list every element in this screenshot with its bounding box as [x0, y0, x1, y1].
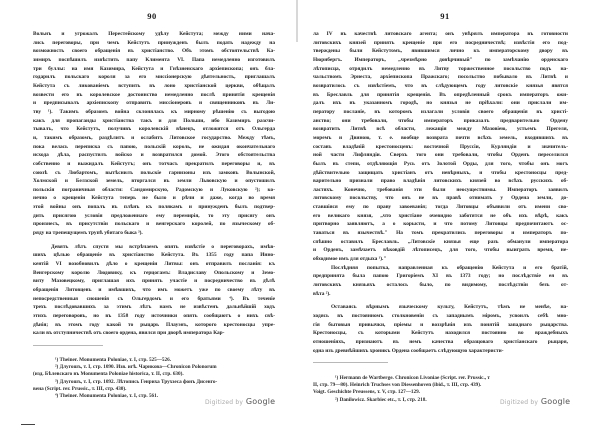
text-line: спѣшно оставилъ Бреславль. „Литовскіе кн… [313, 238, 568, 247]
text-line: и, такимъ образомъ, раздѣлитъ и ослабитъ… [33, 134, 275, 143]
text-line: составъ владѣній крестоносцевъ: восточно… [313, 143, 568, 152]
text-line: обходимое имъ для отдыха ¹)." [313, 255, 568, 264]
text-line: одна изъ древнѣйшихъ хроникъ Ордена сооб… [313, 347, 568, 356]
text-line: возвратить Литвѣ всѣ области, лежащія ме… [313, 125, 568, 134]
watermark-text: Google [246, 397, 275, 406]
text-line: возвратилось съ извѣстіемъ, что въ слѣду… [313, 82, 568, 91]
text-line: этой войны онъ попалъ въ плѣнъ къ поляка… [33, 203, 275, 212]
text-line: ператору посланіе, въ которомъ излагали … [313, 108, 568, 117]
page-number: 91 [430, 11, 460, 21]
text-line: произнесъ, въ присутствіи польскаго и ве… [33, 220, 275, 229]
text-line: тывалъ, что Кейстутъ, получивъ королевск… [33, 125, 275, 134]
text-line: Девять лѣтъ спустя мы встрѣчаемъ опять и… [33, 243, 275, 252]
right-page: 91 ла IV въ качествѣ литовскаго агента; … [300, 0, 600, 430]
footnote: II, стр. 79—80). Heinrich Truchses von D… [313, 382, 568, 389]
text-line: непосредственныя сношенія съ Ольгердомъ … [33, 295, 275, 304]
footnote-divider [313, 362, 388, 363]
text-line: Вольнъ и угрожалъ Перестейскому удѣлу Ке… [33, 30, 275, 39]
watermark-prefix: Digitized by [205, 399, 243, 406]
text-line: обращенія Литовцевъ и имѣвшихъ, что имъ … [33, 286, 275, 295]
footnotes: ¹) Theiner. Monumenta Poloniae, т. I, ст… [33, 357, 275, 400]
text-line: его великаго князя, „что христіане очеви… [313, 212, 568, 221]
text-line: и Орденъ, замѣчаетъ вѣковдій лѣтописецъ,… [313, 246, 568, 255]
text-line: возвести его въ королевское достоинство … [33, 91, 275, 100]
text-line: Нюрнбергъ. Императоръ, „чрезмѣрно довѣрч… [313, 56, 568, 65]
text-line: исхода дѣла, распустилъ войско и возврат… [33, 151, 275, 160]
text-line: дѣйствительно защищать христіанъ отъ нев… [313, 169, 568, 178]
footnote: ¹) Hermann de Wartberge. Chronicon Livon… [313, 375, 568, 382]
text-line: этихъ переговоровъ, но въ 1358 году исто… [33, 312, 275, 321]
text-line: три буллы: на имя Казимира, Кейстута и Г… [33, 65, 275, 74]
text-line: вѣта ²). [313, 290, 568, 299]
body-text: Вольнъ и угрожалъ Перестейскому удѣлу Ке… [33, 30, 275, 338]
text-line: моремъ и Двиною, т. е. вообще возврата п… [313, 134, 568, 143]
text-line: ластяхъ. Конечно, требованія эти были не… [313, 186, 568, 195]
text-line: кали въ отступничествѣ отъ своего ордена… [33, 329, 275, 338]
text-line: варительно признали право владѣнія литов… [313, 177, 568, 186]
page-number: 90 [137, 11, 167, 21]
text-line: далъ ихъ въ указанномъ городѣ, но князья… [313, 99, 568, 108]
scan-mark [21, 424, 35, 425]
text-line: трехъ послѣдовавшихъ за этимъ лѣтъ намъ … [33, 303, 275, 312]
text-line: нечно о крещеніи Кейстута теперь не было… [33, 194, 275, 203]
left-page: 90 Вольнъ и угрожалъ Перестейскому удѣлу… [0, 0, 296, 430]
text-line: польскія пограничныя области: Сандомирск… [33, 186, 275, 195]
text-line: Крестоносцы, съ которыми Кейстутъ находи… [313, 329, 568, 338]
text-line: Холмской и Белзской земель, вторгался въ… [33, 177, 275, 186]
text-line: какъ для пропаганды христіанства такъ и … [33, 117, 275, 126]
text-line: таваться въ язычествѣ." На томъ прекрати… [313, 229, 568, 238]
text-line: ряду на трепещущемъ трупѣ убитаго быка ³… [33, 229, 275, 238]
text-line: анство; они требовали, чтобы императоръ … [313, 117, 568, 126]
text-line: пока велась переписка съ папою, польскій… [33, 143, 275, 152]
text-line: отношеніяхъ, признаютъ въ немъ качества … [313, 338, 568, 347]
text-line: возможность своего обращенія въ христіан… [33, 47, 275, 56]
footnote: ¹) Theiner. Monumenta Poloniae, т. I, ст… [33, 357, 275, 364]
text-line: притворно заявляютъ, а о корысти, и что … [313, 220, 568, 229]
watermark-text: Google [541, 397, 570, 406]
text-line: годарилъ польскаго короля за его миссіон… [33, 73, 275, 82]
text-line: литовскому посольству, что онъ не въ пра… [313, 194, 568, 203]
body-text: ла IV въ качествѣ литовскаго агента; онъ… [313, 30, 568, 355]
text-line: Кейстута съ ликованіемъ вступить въ лоно… [33, 82, 275, 91]
text-line: литовскихъ князьяхъ осталось было, по ви… [313, 281, 568, 290]
text-line: лись переговоры, при чемъ Кейстутъ прину… [33, 39, 275, 48]
text-line: лѣтописца, отрядилъ немедленно въ Литву … [313, 65, 568, 74]
text-line: союзѣ съ Любартомъ, вытѣснилъ польскіе г… [33, 169, 275, 178]
text-line: Оставаясь вѣрнымъ языческому культу, Кей… [313, 303, 568, 312]
watermark-prefix: Digitized by [500, 399, 538, 406]
text-line: былъ въ степи, отдѣляющія Русь отъ Золот… [313, 160, 568, 169]
text-line: въ Бреславль для принятія крещенія. Въ о… [313, 91, 568, 100]
text-line: ставшіяся ему по праву завоеванія; тогда… [313, 203, 568, 212]
book-gutter [296, 0, 298, 42]
footnote: ²) Длугошъ, т. I, стр. 1090. Изв. игѣ. Ч… [33, 364, 275, 371]
text-line: ной части Лифляндіи. Сверхъ того они тре… [313, 151, 568, 160]
text-line: дить присягою условія предложеннаго ему … [33, 212, 275, 221]
text-line: собственно и выжидалъ Кейстутъ; онъ тотч… [33, 160, 275, 169]
text-line: литовскихъ князей принять крещеніе при е… [313, 39, 568, 48]
text-line: шихъ цѣлью обращеніе въ христіанство Кей… [33, 251, 275, 260]
text-line: Венгерскому королю Людовику, къ герцогам… [33, 269, 275, 278]
text-line: ла IV въ качествѣ литовскаго агента; онъ… [313, 30, 568, 39]
text-line: виту Мазовецкому, приглашая ихъ принять … [33, 277, 275, 286]
google-watermark: Digitized by Google [205, 397, 275, 406]
text-line: тверждены были Кейстутомъ, явившимся лич… [313, 47, 568, 56]
footnote-divider [33, 345, 103, 346]
text-line: ходясь въ постоянномъ столкновеніи съ за… [313, 312, 568, 321]
google-watermark: Digitized by Google [500, 397, 570, 406]
text-line: тву ¹). Такимъ образомъ война склонялась… [33, 108, 275, 117]
footnote: вена (Script. rer. Prussic., т. III, стр… [33, 386, 275, 393]
text-line: Послѣдняя попытка, направленная къ обращ… [313, 264, 568, 273]
text-line: кентій VI возобновилъ дѣло о крещеніи Ли… [33, 260, 275, 269]
footnote: ³) Длугошъ, т. I, стр. 1092. Лѣтопись Ге… [33, 379, 275, 386]
text-line: и предписывалъ архіепископу отправить ми… [33, 99, 275, 108]
text-line: дѣнія; въ этомъ году какой то рыцарь Пла… [33, 321, 275, 330]
text-line: зимиръ поспѣшилъ извѣстить папу Климента… [33, 56, 275, 65]
text-line: чальствомъ Эрнеста, архіепископа Пражска… [313, 73, 568, 82]
footnote: Voigt. Geschichte Preussens, т. V, стр. … [313, 389, 568, 396]
text-line: гія бытовыя привычки, пріемы и воззрѣнія… [313, 321, 568, 330]
text-line: предпринята была папою Григоріемъ XI въ … [313, 272, 568, 281]
footnote: (изд. Бѣлевскаго въ Monumenta Poloniae h… [33, 371, 275, 378]
